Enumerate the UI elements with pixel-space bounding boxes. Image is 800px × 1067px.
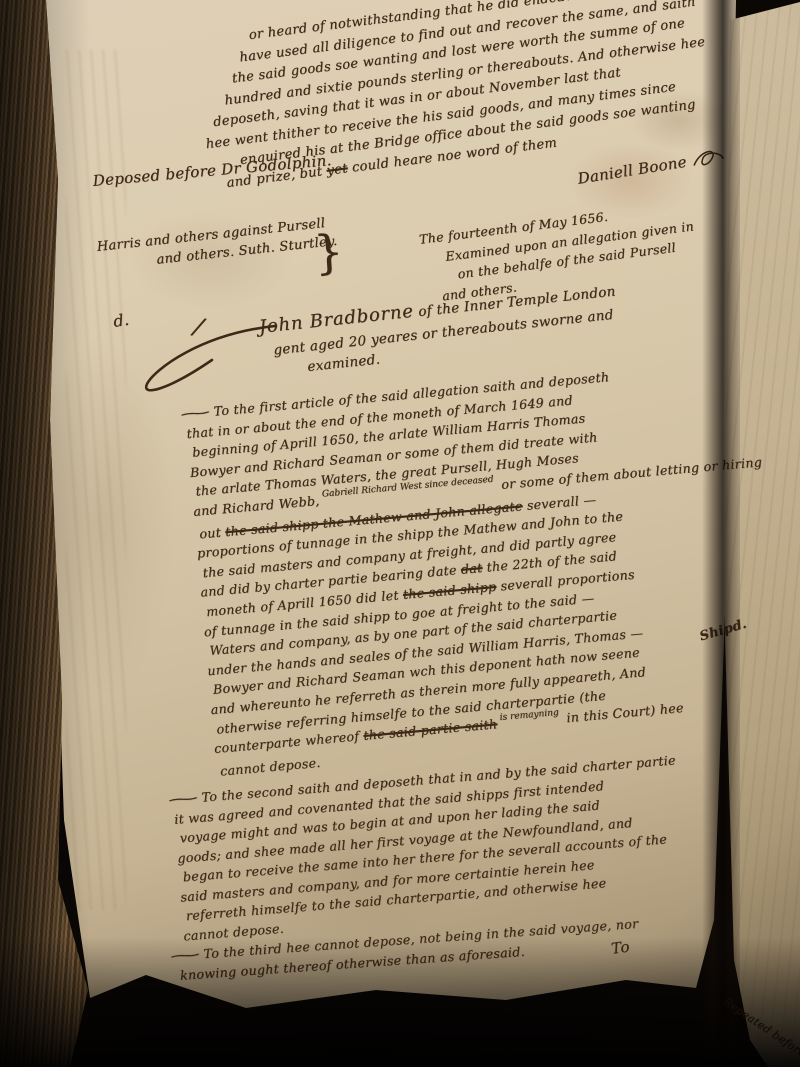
struck-text: dat <box>460 560 483 577</box>
line-text: out <box>199 524 226 541</box>
section-dash-mark: ⁓ <box>167 788 199 810</box>
manuscript-photo: or heard of notwithstanding that he did … <box>0 0 800 1067</box>
section-dash-mark: ⁓ <box>169 944 201 966</box>
catchword: To <box>610 937 631 957</box>
section-dash-mark: ⁓ <box>179 402 212 424</box>
case-brace: } <box>312 224 345 280</box>
margin-mark: d. <box>112 310 130 331</box>
article1-paragraph: ⁓To the first article of the said allega… <box>188 355 786 781</box>
